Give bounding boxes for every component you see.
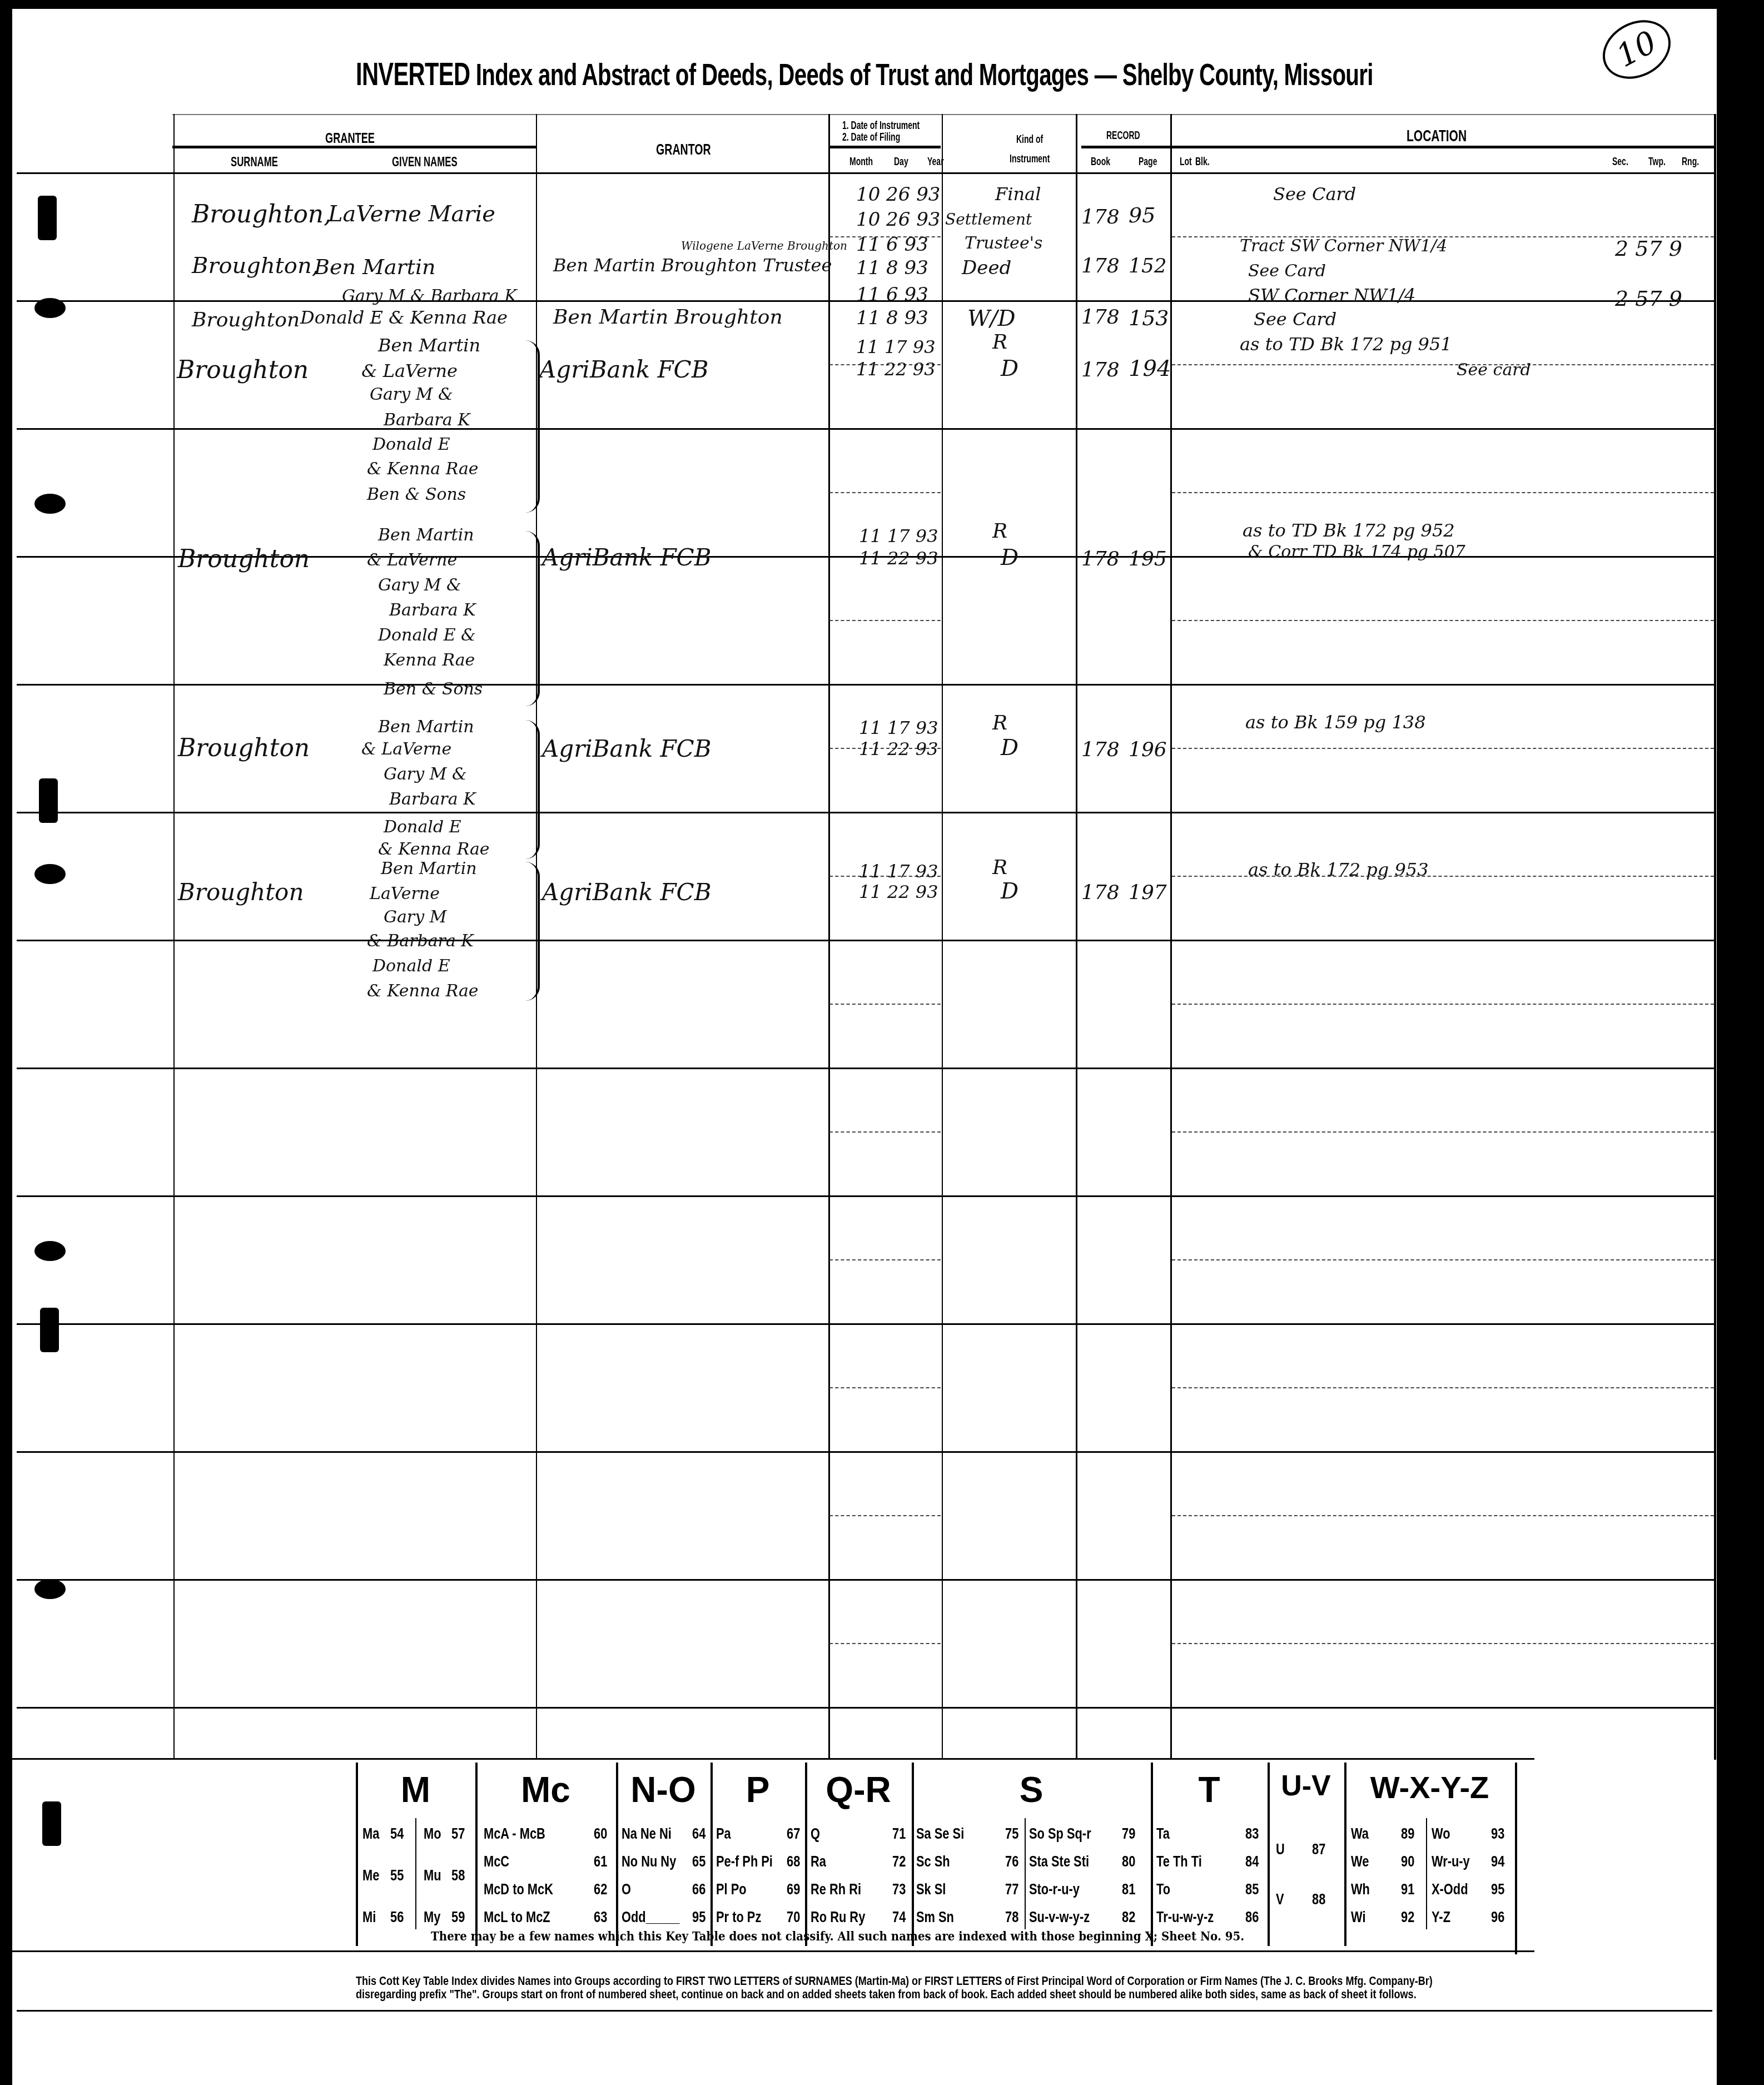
key-table-bottom-rule bbox=[0, 1950, 1534, 1952]
key-cell-qr-label: Re Rh Ri bbox=[811, 1880, 861, 1898]
footer-line2: disregarding prefix "The". Groups start … bbox=[356, 1987, 1417, 2002]
entry-kind: Deed bbox=[962, 257, 1011, 279]
key-cell-qr-number: 72 bbox=[892, 1853, 906, 1870]
key-cell-wxyz-number: 94 bbox=[1491, 1853, 1504, 1870]
key-cell-s-number: 78 bbox=[1005, 1908, 1018, 1926]
key-cell-wxyz-number: 96 bbox=[1491, 1908, 1504, 1926]
key-cell-s-number: 76 bbox=[1005, 1853, 1018, 1870]
key-cell-m-label: Me bbox=[362, 1866, 379, 1884]
entry-date-instrument: 11 6 93 bbox=[856, 234, 928, 256]
entry-given: & LaVerne bbox=[361, 360, 458, 381]
key-cell-s-label: Su-v-w-y-z bbox=[1029, 1908, 1090, 1926]
entry-given: Donald E bbox=[384, 817, 461, 837]
entry-given: Gary M & bbox=[384, 765, 467, 784]
key-cell-t-number: 85 bbox=[1245, 1880, 1259, 1898]
row-midline bbox=[829, 1259, 941, 1260]
row-rule bbox=[17, 812, 1716, 813]
binder-hole bbox=[34, 864, 66, 884]
key-cell-s-label: Sk Sl bbox=[916, 1880, 946, 1898]
row-midline bbox=[1172, 364, 1714, 365]
row-rule bbox=[17, 428, 1716, 430]
entry-grantor: AgriBank FCB bbox=[542, 735, 712, 762]
key-cell-m-number: 55 bbox=[390, 1866, 404, 1884]
footer-line1: This Cott Key Table Index divides Names … bbox=[356, 1974, 1433, 1988]
key-cell-mc-label: McD to McK bbox=[484, 1880, 553, 1898]
key-group-head-uv: U-V bbox=[1268, 1769, 1344, 1803]
key-cell-t-label: Tr-u-w-y-z bbox=[1156, 1908, 1214, 1926]
entry-location: SW Corner NW1/4 bbox=[1248, 285, 1415, 306]
key-cell-t-number: 83 bbox=[1245, 1825, 1259, 1843]
key-col-rule bbox=[1515, 1763, 1517, 1954]
row-midline bbox=[1172, 1643, 1714, 1644]
key-cell-m-number: 57 bbox=[451, 1825, 465, 1843]
key-group-head-wxyz: W-X-Y-Z bbox=[1344, 1769, 1515, 1805]
key-cell-t-label: Te Th Ti bbox=[1156, 1853, 1202, 1870]
header-page: Page bbox=[1139, 156, 1157, 168]
header-kind-line1: Kind of bbox=[1016, 133, 1043, 146]
key-cell-p-number: 70 bbox=[787, 1908, 800, 1926]
entry-location: Tract SW Corner NW1/4 bbox=[1240, 236, 1447, 256]
entry-kind: Trustee's bbox=[965, 234, 1042, 253]
key-cell-mc-number: 60 bbox=[594, 1825, 607, 1843]
entry-date-instrument: 11 17 93 bbox=[856, 336, 936, 358]
header-surname: SURNAME bbox=[231, 155, 278, 170]
header-date-line1: 1. Date of Instrument bbox=[842, 120, 920, 132]
entry-location: & Corr TD Bk 174 pg 507 bbox=[1248, 542, 1465, 562]
key-cell-t-label: To bbox=[1156, 1880, 1170, 1898]
row-midline bbox=[829, 1004, 941, 1005]
key-cell-wxyz-number: 95 bbox=[1491, 1880, 1504, 1898]
key-cell-wxyz-label: Wh bbox=[1351, 1880, 1370, 1898]
key-cell-qr-number: 71 bbox=[892, 1825, 906, 1843]
entry-location: See Card bbox=[1248, 261, 1326, 281]
key-cell-qr-number: 73 bbox=[892, 1880, 906, 1898]
key-cell-s-label: Sc Sh bbox=[916, 1853, 950, 1870]
key-cell-m-label: Mi bbox=[362, 1908, 376, 1926]
entry-given: & LaVerne bbox=[361, 739, 451, 759]
entry-kind: D bbox=[1001, 545, 1018, 570]
entry-given: & Kenna Rae bbox=[367, 981, 479, 1001]
key-cell-s-number: 75 bbox=[1005, 1825, 1018, 1843]
entry-book: 178 bbox=[1081, 738, 1120, 761]
entry-kind: Final bbox=[995, 183, 1041, 205]
row-rule bbox=[17, 1451, 1716, 1453]
entry-given: Ben & Sons bbox=[384, 679, 483, 699]
entry-given: Gary M bbox=[384, 907, 446, 927]
key-cell-p-number: 69 bbox=[787, 1880, 800, 1898]
key-cell-m-label: Ma bbox=[362, 1825, 379, 1843]
entry-book: 178 bbox=[1081, 548, 1120, 570]
key-cell-no-number: 95 bbox=[692, 1908, 705, 1926]
key-cell-s-label: So Sp Sq-r bbox=[1029, 1825, 1091, 1843]
entry-surname: Broughton bbox=[178, 734, 310, 762]
column-rule bbox=[828, 114, 830, 1760]
entry-date-filing: 11 22 93 bbox=[859, 738, 938, 759]
binder-hole bbox=[34, 1241, 66, 1261]
key-cell-qr-label: Ro Ru Ry bbox=[811, 1908, 865, 1926]
entry-kind: D bbox=[1001, 356, 1018, 381]
key-cell-mc-label: McA - McB bbox=[484, 1825, 545, 1843]
key-cell-mc-label: McC bbox=[484, 1853, 509, 1870]
entry-given: Ben Martin bbox=[314, 255, 436, 279]
title-text: Index and Abstract of Deeds, Deeds of Tr… bbox=[470, 57, 1373, 92]
entry-grantor: AgriBank FCB bbox=[539, 356, 709, 383]
row-midline bbox=[1172, 1387, 1714, 1388]
key-cell-s-label: Sto-r-u-y bbox=[1029, 1880, 1080, 1898]
row-midline bbox=[829, 1515, 941, 1516]
key-cell-mc-number: 62 bbox=[594, 1880, 607, 1898]
entry-page: 195 bbox=[1129, 548, 1167, 570]
row-midline bbox=[1172, 1515, 1714, 1516]
row-rule bbox=[17, 172, 1716, 174]
grantee-brace bbox=[525, 862, 540, 1001]
entry-location: as to TD Bk 172 pg 951 bbox=[1240, 334, 1452, 355]
entry-date-filing: 11 22 93 bbox=[859, 548, 938, 569]
entry-location: as to Bk 159 pg 138 bbox=[1245, 712, 1426, 733]
key-cell-p-label: Pe-f Ph Pi bbox=[716, 1853, 773, 1870]
entry-given: & Kenna Rae bbox=[378, 840, 490, 859]
row-rule bbox=[17, 1323, 1716, 1325]
entry-sec-twp-rng: 2 57 9 bbox=[1615, 286, 1682, 311]
entry-given: Donald E & Kenna Rae bbox=[300, 307, 508, 328]
header-kind-line2: Instrument bbox=[1010, 153, 1050, 166]
key-cell-no-number: 66 bbox=[692, 1880, 705, 1898]
page-number-circle: 10 bbox=[1592, 9, 1681, 91]
entry-given: Ben Martin bbox=[378, 717, 474, 737]
entry-grantor: AgriBank FCB bbox=[542, 878, 712, 906]
key-cell-wxyz-label: Wo bbox=[1432, 1825, 1450, 1843]
entry-location: as to TD Bk 172 pg 952 bbox=[1243, 520, 1455, 541]
key-cell-s-number: 80 bbox=[1122, 1853, 1135, 1870]
entry-date-instrument: 11 17 93 bbox=[859, 717, 938, 738]
header-day: Day bbox=[894, 156, 908, 168]
header-top-rule bbox=[172, 114, 1715, 115]
entry-given: LaVerne Marie bbox=[328, 201, 495, 227]
binder-hole bbox=[42, 1801, 61, 1846]
bottom-rule bbox=[17, 2010, 1712, 2012]
entry-given: & Kenna Rae bbox=[367, 459, 479, 479]
key-cell-uv-number: 87 bbox=[1312, 1840, 1325, 1858]
entry-kind: D bbox=[1001, 878, 1018, 904]
key-group-head-no: N-O bbox=[616, 1769, 710, 1810]
entry-date-filing: 11 8 93 bbox=[856, 307, 928, 329]
key-cell-s-number: 81 bbox=[1122, 1880, 1135, 1898]
title-emphasis: INVERTED bbox=[356, 56, 470, 92]
header-rule bbox=[829, 146, 941, 148]
key-cell-p-label: Pl Po bbox=[716, 1880, 747, 1898]
page-title: INVERTED Index and Abstract of Deeds, De… bbox=[356, 56, 1373, 93]
row-midline bbox=[829, 1643, 941, 1644]
key-cell-s-number: 79 bbox=[1122, 1825, 1135, 1843]
entry-given: Donald E & bbox=[378, 625, 476, 645]
entry-location: See card bbox=[1457, 360, 1531, 380]
entry-surname: Broughton, bbox=[192, 200, 331, 229]
entry-surname: Broughton bbox=[178, 878, 304, 906]
header-blk: Blk. bbox=[1195, 156, 1210, 168]
entry-date-instrument: 11 6 93 bbox=[856, 284, 928, 306]
key-cell-qr-number: 74 bbox=[892, 1908, 906, 1926]
row-rule bbox=[17, 940, 1716, 941]
key-cell-s-label: Sm Sn bbox=[916, 1908, 954, 1926]
header-month: Month bbox=[849, 156, 873, 168]
header-lot: Lot bbox=[1180, 156, 1192, 168]
key-subcol-rule bbox=[415, 1818, 416, 1929]
entry-surname: Broughton bbox=[177, 356, 309, 384]
row-midline bbox=[829, 1387, 941, 1388]
key-table: M Mc N-O P Q-R S T U-V W-X-Y-Z Ma54Me55M… bbox=[356, 1763, 1518, 1960]
scan-border-right bbox=[1717, 0, 1764, 2085]
entry-given: Kenna Rae bbox=[384, 651, 475, 670]
header-twp: Twp. bbox=[1648, 156, 1666, 168]
entry-date-instrument: 11 17 93 bbox=[859, 861, 938, 882]
row-midline bbox=[1172, 620, 1714, 621]
entry-page: 196 bbox=[1129, 738, 1167, 761]
key-cell-wxyz-number: 89 bbox=[1401, 1825, 1414, 1843]
entry-surname: Broughton bbox=[178, 545, 310, 573]
header-book: Book bbox=[1091, 156, 1110, 168]
row-midline bbox=[829, 1131, 941, 1133]
entry-book: 178 bbox=[1081, 359, 1120, 381]
key-cell-s-label: Sa Se Si bbox=[916, 1825, 964, 1843]
column-rule bbox=[1076, 114, 1077, 1760]
entry-given: Ben Martin bbox=[378, 525, 474, 545]
entry-given: & LaVerne bbox=[367, 550, 457, 570]
entry-kind: Settlement bbox=[945, 210, 1032, 229]
binder-hole bbox=[34, 494, 66, 514]
binder-hole bbox=[38, 196, 57, 240]
entry-given: LaVerne bbox=[370, 884, 440, 904]
key-group-head-p: P bbox=[710, 1769, 805, 1810]
key-cell-wxyz-label: Wi bbox=[1351, 1908, 1365, 1926]
key-cell-wxyz-number: 90 bbox=[1401, 1853, 1414, 1870]
binder-hole bbox=[34, 1579, 66, 1599]
entry-location: See Card bbox=[1273, 183, 1356, 205]
key-cell-s-number: 82 bbox=[1122, 1908, 1135, 1926]
header-grantee: GRANTEE bbox=[325, 130, 375, 147]
row-midline bbox=[1172, 1259, 1714, 1260]
key-cell-p-label: Pa bbox=[716, 1825, 731, 1843]
key-cell-uv-label: U bbox=[1276, 1840, 1285, 1858]
key-cell-no-label: No Nu Ny bbox=[622, 1853, 676, 1870]
entry-given: Gary M & bbox=[370, 385, 453, 404]
key-cell-t-label: Ta bbox=[1156, 1825, 1170, 1843]
entry-kind: R bbox=[992, 331, 1007, 354]
header-given-names: GIVEN NAMES bbox=[392, 155, 458, 170]
entry-date-filing: 11 22 93 bbox=[859, 881, 938, 902]
key-cell-wxyz-number: 92 bbox=[1401, 1908, 1414, 1926]
key-cell-wxyz-number: 93 bbox=[1491, 1825, 1504, 1843]
key-cell-no-number: 64 bbox=[692, 1825, 705, 1843]
entry-book: 178 bbox=[1081, 881, 1120, 904]
row-rule bbox=[17, 1579, 1716, 1581]
header-location: LOCATION bbox=[1407, 127, 1467, 146]
entry-given: Barbara K bbox=[389, 790, 476, 809]
binder-hole bbox=[39, 778, 58, 823]
column-rule bbox=[942, 114, 943, 1760]
entry-page: 194 bbox=[1129, 356, 1171, 381]
row-midline bbox=[1172, 1131, 1714, 1133]
key-cell-no-label: Na Ne Ni bbox=[622, 1825, 672, 1843]
entry-kind: R bbox=[992, 712, 1007, 734]
column-rule bbox=[1714, 114, 1716, 1760]
entry-kind: R bbox=[992, 520, 1007, 543]
entry-date-filing: 11 22 93 bbox=[856, 359, 936, 380]
header-rule bbox=[172, 146, 536, 148]
entry-date-instrument: 10 26 93 bbox=[856, 183, 940, 206]
key-group-head-mc: Mc bbox=[475, 1769, 616, 1810]
entry-sec-twp-rng: 2 57 9 bbox=[1615, 236, 1682, 261]
entry-given: Barbara K bbox=[384, 410, 470, 430]
key-cell-s-number: 77 bbox=[1005, 1880, 1018, 1898]
key-group-head-s: S bbox=[912, 1769, 1151, 1810]
grantee-brace bbox=[525, 720, 540, 859]
header-rule bbox=[1081, 146, 1715, 148]
key-cell-s-label: Sta Ste Sti bbox=[1029, 1853, 1089, 1870]
key-cell-mc-label: McL to McZ bbox=[484, 1908, 550, 1926]
entry-given: Donald E bbox=[372, 435, 450, 454]
entry-given: Donald E bbox=[372, 956, 450, 976]
entry-page: 153 bbox=[1129, 306, 1169, 330]
header-grantor: GRANTOR bbox=[656, 141, 711, 158]
key-cell-no-label: Odd_____ bbox=[622, 1908, 679, 1926]
entry-page: 152 bbox=[1129, 255, 1167, 277]
header-rng: Rng. bbox=[1682, 156, 1699, 168]
key-cell-m-number: 54 bbox=[390, 1825, 404, 1843]
key-cell-wxyz-label: Wa bbox=[1351, 1825, 1369, 1843]
binder-hole bbox=[40, 1308, 59, 1352]
header-sec: Sec. bbox=[1612, 156, 1628, 168]
row-rule bbox=[17, 1068, 1716, 1069]
entry-given: Gary M & Barbara K bbox=[342, 286, 517, 306]
key-cell-no-number: 65 bbox=[692, 1853, 705, 1870]
row-midline bbox=[1172, 1004, 1714, 1005]
entry-grantor: Ben Martin Broughton Trustee bbox=[553, 255, 832, 276]
grantee-brace bbox=[525, 340, 540, 513]
key-cell-m-label: Mu bbox=[424, 1866, 441, 1884]
entry-kind: R bbox=[992, 856, 1007, 879]
row-midline bbox=[1172, 748, 1714, 749]
scan-border-top bbox=[0, 0, 1764, 9]
key-table-note: There may be a few names which this Key … bbox=[431, 1929, 1244, 1944]
entry-given: Ben Martin bbox=[378, 335, 480, 356]
key-cell-m-number: 58 bbox=[451, 1866, 465, 1884]
entry-given: Ben & Sons bbox=[367, 485, 466, 504]
key-cell-m-number: 56 bbox=[390, 1908, 404, 1926]
key-cell-uv-label: V bbox=[1276, 1890, 1284, 1908]
key-subcol-rule bbox=[1025, 1818, 1026, 1929]
key-cell-wxyz-label: Wr-u-y bbox=[1432, 1853, 1470, 1870]
key-table-top-rule bbox=[0, 1758, 1534, 1760]
key-cell-no-label: O bbox=[622, 1880, 631, 1898]
key-cell-m-number: 59 bbox=[451, 1908, 465, 1926]
key-cell-wxyz-label: We bbox=[1351, 1853, 1369, 1870]
entry-book: 178 bbox=[1081, 206, 1120, 229]
entry-kind: W/D bbox=[967, 306, 1016, 331]
entry-surname: Broughton bbox=[192, 309, 300, 331]
scan-border-left bbox=[0, 0, 12, 2085]
entry-given: Gary M & bbox=[378, 575, 461, 595]
entry-given: Ben Martin bbox=[381, 859, 477, 878]
column-rule bbox=[173, 114, 175, 1760]
row-rule bbox=[17, 1707, 1716, 1709]
header-record: RECORD bbox=[1106, 130, 1140, 142]
row-rule bbox=[17, 1195, 1716, 1197]
key-cell-t-number: 84 bbox=[1245, 1853, 1259, 1870]
key-cell-mc-number: 63 bbox=[594, 1908, 607, 1926]
key-cell-p-number: 67 bbox=[787, 1825, 800, 1843]
key-subcol-rule bbox=[1426, 1818, 1427, 1929]
entry-kind: D bbox=[1001, 735, 1018, 761]
row-midline bbox=[1172, 492, 1714, 493]
entry-book: 178 bbox=[1081, 306, 1120, 329]
key-cell-qr-label: Ra bbox=[811, 1853, 826, 1870]
key-group-head-m: M bbox=[356, 1769, 475, 1810]
entry-date-filing: 11 8 93 bbox=[856, 257, 928, 279]
key-cell-m-label: Mo bbox=[424, 1825, 441, 1843]
key-cell-p-label: Pr to Pz bbox=[716, 1908, 761, 1926]
key-cell-wxyz-label: Y-Z bbox=[1432, 1908, 1450, 1926]
key-cell-uv-number: 88 bbox=[1312, 1890, 1325, 1908]
entry-date-instrument: 11 17 93 bbox=[859, 525, 938, 547]
row-midline bbox=[829, 492, 941, 493]
key-cell-m-label: My bbox=[424, 1908, 440, 1926]
grantee-brace bbox=[525, 531, 540, 706]
row-midline bbox=[829, 620, 941, 621]
entry-grantor: Ben Martin Broughton bbox=[553, 306, 783, 329]
entry-location: See Card bbox=[1254, 309, 1336, 330]
entry-given: & Barbara K bbox=[367, 931, 474, 951]
entry-grantor-note: Wilogene LaVerne Broughton bbox=[681, 239, 847, 252]
entry-location: as to Bk 172 pg 953 bbox=[1248, 859, 1429, 880]
row-rule bbox=[17, 684, 1716, 686]
entry-grantor: AgriBank FCB bbox=[542, 544, 712, 571]
key-cell-p-number: 68 bbox=[787, 1853, 800, 1870]
entry-page: 197 bbox=[1129, 881, 1167, 904]
key-cell-mc-number: 61 bbox=[594, 1853, 607, 1870]
header-date-line2: 2. Date of Filing bbox=[842, 131, 900, 144]
entry-given: Barbara K bbox=[389, 600, 476, 620]
entry-page: 95 bbox=[1129, 203, 1155, 227]
entry-surname: Broughton, bbox=[192, 253, 319, 279]
key-cell-t-number: 86 bbox=[1245, 1908, 1259, 1926]
key-group-head-t: T bbox=[1151, 1769, 1268, 1810]
entry-date-filing: 10 26 93 bbox=[856, 209, 940, 231]
key-cell-wxyz-number: 91 bbox=[1401, 1880, 1414, 1898]
entry-book: 178 bbox=[1081, 255, 1120, 277]
key-cell-qr-label: Q bbox=[811, 1825, 820, 1843]
key-cell-wxyz-label: X-Odd bbox=[1432, 1880, 1468, 1898]
key-group-head-qr: Q-R bbox=[805, 1769, 912, 1810]
